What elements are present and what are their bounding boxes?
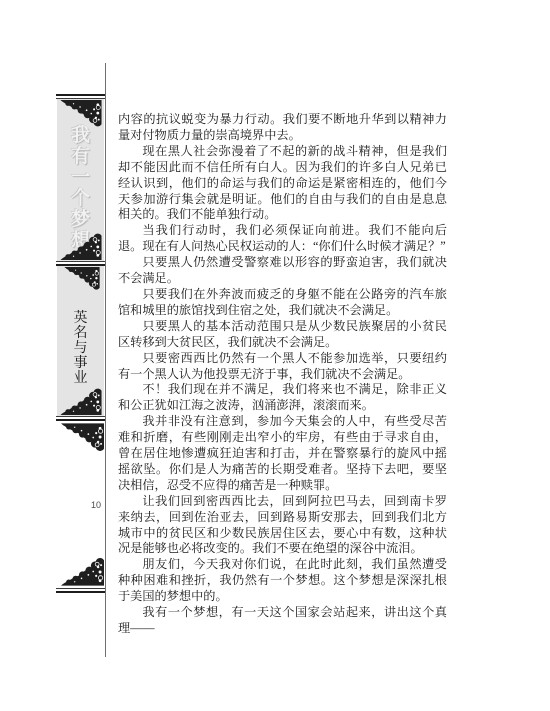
book-page: 我 有 一 个 梦 想 英 名 与 事 业 10 内容的抗议蜕变为暴力行动。我们…: [0, 0, 550, 711]
paragraph: 朋友们，今天我对你们说，在此时此刻，我们虽然遭受种种困难和挫折，我仍然有一个梦想…: [118, 557, 447, 605]
sidebar-bottom-rule: [56, 588, 105, 593]
paragraph: 只要黑人仍然遭受警察难以形容的野蛮迫害，我们就决不会满足。: [118, 255, 447, 287]
paragraph: 我有一个梦想，有一天这个国家会站起来，讲出这个真理——: [118, 605, 447, 637]
book-title-char: 英: [74, 311, 88, 326]
sidebar-vertical-rule: [105, 63, 106, 657]
sidebar-top-rule: [56, 94, 105, 99]
series-title-char: 梦: [71, 209, 90, 230]
sidebar-divider-rule: [56, 261, 105, 266]
paragraph: 不！我们现在并不满足，我们将来也不满足，除非正义和公正犹如江海之波涛，汹涌澎湃，…: [118, 382, 447, 414]
series-title-char: 我: [71, 125, 90, 146]
body-text: 内容的抗议蜕变为暴力行动。我们要不断地升华到以精神力量对付物质力量的崇高境界中去…: [118, 112, 447, 637]
corner-flourish-icon: [59, 232, 103, 260]
series-title: 我 有 一 个 梦 想: [57, 99, 104, 251]
paragraph: 只要黑人的基本活动范围只是从少数民族聚居的小贫民区转移到大贫民区，我们就决不会满…: [118, 319, 447, 351]
paragraph: 只要我们在外奔波而疲乏的身躯不能在公路旁的汽车旅馆和城里的旅馆找到住宿之处，我们…: [118, 287, 447, 319]
corner-flourish-icon: [61, 421, 104, 455]
paragraph: 只要密西西比仍然有一个黑人不能参加选举，只要纽约有一个黑人认为他投票无济于事，我…: [118, 351, 447, 383]
series-title-char: 个: [71, 188, 90, 209]
book-title-char: 事: [74, 356, 88, 371]
page-number: 10: [57, 500, 101, 510]
book-title-char: 名: [74, 326, 88, 341]
paragraph: 让我们回到密西西比去，回到阿拉巴马去，回到南卡罗来纳去，回到佐治亚去，回到路易斯…: [118, 494, 447, 558]
paragraph: 内容的抗议蜕变为暴力行动。我们要不断地升华到以精神力量对付物质力量的崇高境界中去…: [118, 112, 447, 144]
paragraph: 当我们行动时，我们必须保证向前进。我们不能向后退。现在有人问热心民权运动的人：“…: [118, 223, 447, 255]
paragraph: 我并非没有注意到，参加今天集会的人中，有些受尽苦难和折磨，有些刚刚走出窄小的牢房…: [118, 414, 447, 494]
book-title-panel: 英 名 与 事 业: [57, 266, 104, 416]
book-title-char: 与: [74, 341, 88, 356]
corner-flourish-icon: [61, 554, 104, 588]
series-title-panel: 我 有 一 个 梦 想: [57, 99, 104, 261]
corner-flourish-icon: [59, 387, 103, 415]
series-title-char: 一: [71, 167, 90, 188]
paragraph: 现在黑人社会弥漫着了不起的新的战斗精神，但是我们却不能因此而不信任所有白人。因为…: [118, 144, 447, 224]
sidebar-divider-rule: [56, 416, 105, 421]
book-title-char: 业: [74, 371, 88, 386]
series-title-char: 有: [71, 146, 90, 167]
book-title: 英 名 与 事 业: [57, 266, 104, 386]
